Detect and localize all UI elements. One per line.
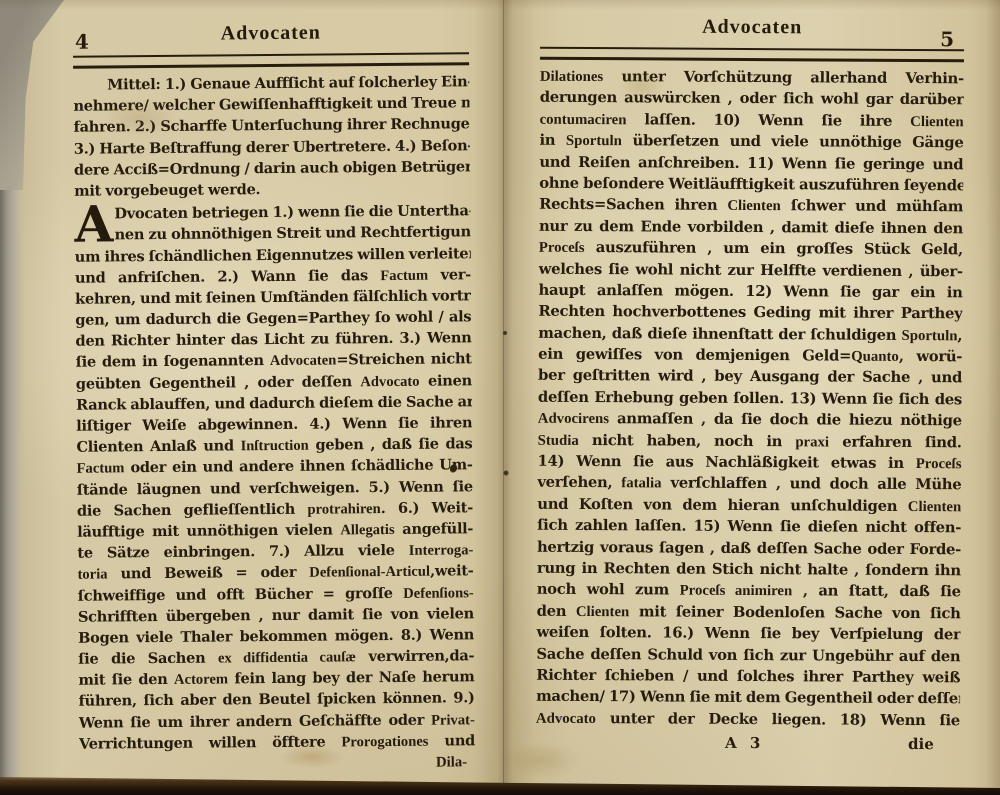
text-line: Dvocaten betriegen 1.) wenn ſie die Unte… <box>114 200 470 224</box>
text-line: ein gewiſſes von demjenigen Geld=Quanto,… <box>538 344 962 368</box>
antiqua-text: Studia <box>538 432 579 448</box>
text-line: den Clienten mit ſeiner Bodenloſen Sache… <box>537 600 961 624</box>
text-line: Rechts=Sachen ihren Clienten ſchwer und … <box>539 194 963 218</box>
running-title: Advocaten <box>540 15 964 41</box>
signature-row: A 3 die <box>536 731 960 756</box>
antiqua-text: Quanto <box>851 349 899 365</box>
antiqua-text: Clienten <box>910 114 964 130</box>
dropcap-initial: A <box>74 204 114 246</box>
text-line: in Sportuln überſetzen und viele unnöthi… <box>539 130 963 154</box>
page-number: 4 <box>75 30 89 54</box>
antiqua-text: fatalia <box>621 476 661 492</box>
body-paragraph: A Dvocaten betriegen 1.) wenn ſie die Un… <box>74 200 475 754</box>
catchword-text: die <box>908 733 934 755</box>
antiqua-text: toria <box>77 567 107 583</box>
text-line: ohne beſondere Weitläufftigkeit auszufüh… <box>539 173 963 197</box>
book-scan-photo: 4 Advocaten Mittel: 1.) Genaue Auffſicht… <box>0 0 1000 795</box>
text-line: machen, daß dieſe ihnenſtatt der ſchuldi… <box>538 322 962 346</box>
text-line: Factum oder ein und andere ihnen ſchädli… <box>77 455 473 480</box>
antiqua-text: Allegatis <box>340 522 394 538</box>
text-line: haupt anlaſſen mögen. 12) Wenn ſie gar e… <box>539 280 963 304</box>
catchword-text: Dila- <box>436 753 467 770</box>
antiqua-text: Proceſs <box>916 456 962 472</box>
page-left-header: 4 Advocaten <box>73 20 469 53</box>
text-line: Verrichtungen willen öfftere Prorogation… <box>79 730 475 755</box>
antiqua-text: Clienten <box>727 198 781 214</box>
text-line: machen/ 17) Wenn ſie mit dem Gegentheil … <box>536 686 960 710</box>
antiqua-text: Proceſs <box>539 240 585 256</box>
antiqua-text: Sportuln <box>901 328 957 344</box>
text-line: Studia nicht haben, noch in praxi erfahr… <box>538 429 962 453</box>
antiqua-text: Advocirens <box>538 411 609 427</box>
antiqua-text: Privat- <box>431 712 475 728</box>
antiqua-text: Actorem <box>174 672 228 688</box>
text-line: mit vorgebeuget werde. <box>74 177 470 202</box>
page-right-header: Advocaten 5 <box>540 15 964 48</box>
text-line: nur zu dem Ende vorbilden , damit dieſe … <box>539 215 963 239</box>
antiqua-text: Clienten <box>576 604 630 620</box>
text-line: 14) Wenn ſie aus Nachläßigkeit etwas in … <box>537 451 961 475</box>
antiqua-text: Prorogationes <box>341 733 428 750</box>
antiqua-text: Advocato <box>536 710 596 726</box>
text-line: fahren. 2.) Scharffe Unterſuchung ihrer … <box>74 114 470 139</box>
antiqua-text: Inſtruction <box>241 438 309 455</box>
antiqua-text: contumaciren <box>540 111 627 128</box>
text-line: Advocirens anmaſſen , da ſie doch die hi… <box>538 408 962 432</box>
antiqua-text: Advocaten <box>270 353 337 370</box>
text-line: Advocato unter der Decke liegen. 18) Wen… <box>536 707 960 731</box>
text-line: contumaciren laſſen. 10) Wenn ſie ihre C… <box>540 108 964 132</box>
text-line: welches ſie wohl nicht zur Helffte verdi… <box>539 258 963 282</box>
text-line: noch wohl zum Proceſs animiren , an ſtat… <box>537 579 961 603</box>
text-line: Proceſs auszuführen , um ein groſſes Stü… <box>539 237 963 261</box>
text-line: dere Acciß=Ordnung / darin auch obigen B… <box>74 156 470 181</box>
gutter-crease <box>503 0 504 795</box>
text-line: Rechten hochverbottenes Geding mit ihrer… <box>538 301 962 325</box>
text-line: um ihres ſchändlichen Eigennutzes willen… <box>75 243 471 268</box>
antiqua-text: Dilationes <box>540 69 603 85</box>
antiqua-text: praxi <box>795 434 829 450</box>
text-line: Dilationes unter Vorſchützung allerhand … <box>540 66 964 90</box>
text-line: und Reiſen anſchreiben. 11) Wenn ſie ger… <box>539 151 963 175</box>
header-rule <box>540 47 964 63</box>
page-number: 5 <box>940 27 954 51</box>
text-line: Sache deſſen Schuld von ſich zur Ungebüh… <box>536 643 960 667</box>
body-lines: Dilationes unter Vorſchützung allerhand … <box>536 66 964 732</box>
antiqua-text: Proceſs animiren <box>680 583 793 600</box>
catchword: Dila- <box>79 751 475 775</box>
antiqua-text: Defenſions- <box>403 585 474 602</box>
text-line: nen zu ohnnöthigen Streit und Rechtferti… <box>114 222 470 246</box>
text-line: ſie dem in ſogenannten Advocaten=Streich… <box>76 349 472 374</box>
header-rule <box>73 52 469 68</box>
text-line: weiſen ſolten. 16.) Wenn ſie bey Verſpie… <box>536 622 960 646</box>
page-left: 4 Advocaten Mittel: 1.) Genaue Auffſicht… <box>73 20 476 775</box>
body-lines: Dvocaten betriegen 1.) wenn ſie die Unte… <box>74 200 475 754</box>
antiqua-text: Clienten <box>908 499 962 515</box>
page-right: Advocaten 5 Dilationes unter Vorſchützun… <box>536 15 965 756</box>
text-line: ſich zahlen laſſen. 15) Wenn ſie dieſen … <box>537 515 961 539</box>
gathering-signature: A 3 <box>725 732 764 754</box>
intro-paragraph: Mittel: 1.) Genaue Auffſicht auf ſolcher… <box>73 71 470 202</box>
text-line: hertzig voraus ſagen , daß deſſen Sache … <box>537 536 961 560</box>
page-corner-edge <box>0 0 64 190</box>
antiqua-text: protrahiren <box>307 501 380 518</box>
antiqua-text: Defenſional-Articul <box>309 564 430 581</box>
text-line: rung in Rechten den Stich nicht halte , … <box>537 558 961 582</box>
antiqua-text: Factum <box>380 267 428 283</box>
gutter-shadow <box>474 0 536 795</box>
text-line: führen, ſich aber den Beutel ſpicken kön… <box>79 688 475 713</box>
antiqua-text: Advocato <box>360 373 419 390</box>
running-title: Advocaten <box>73 20 469 46</box>
text-line: ſchweiffige und offt Bücher = groſſe Def… <box>78 582 474 607</box>
text-line: und Koſten von dem hieran unſchuldigen C… <box>537 494 961 518</box>
antiqua-text: Interroga- <box>409 542 474 559</box>
antiqua-text: Factum <box>77 461 125 477</box>
text-line: ber geſtritten wird , bey Ausgang der Sa… <box>538 365 962 389</box>
text-line: Richter ſchieben / und ſolches ihrer Par… <box>536 665 960 689</box>
antiqua-text: Dila- <box>436 754 467 770</box>
antiqua-text: Sportuln <box>566 133 622 149</box>
text-line: toria und Beweiß = oder Defenſional-Arti… <box>77 561 473 586</box>
text-line: derungen auswürcken , oder ſich wohl gar… <box>540 87 964 111</box>
text-line: deſſen Erhebung geben ſollen. 13) Wenn ſ… <box>538 387 962 411</box>
text-line: verſehen, fatalia verſchlaffen , und doc… <box>537 472 961 496</box>
antiqua-text: ex diffidentia cauſæ <box>218 649 356 666</box>
